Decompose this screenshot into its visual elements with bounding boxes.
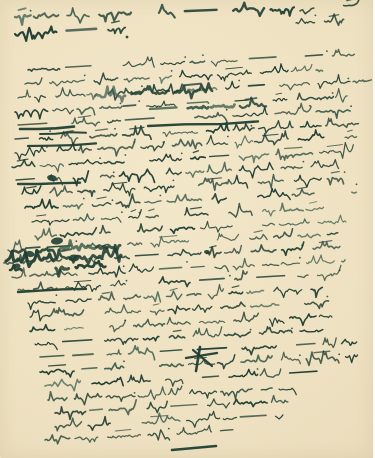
- handwriting-svg: [0, 0, 375, 458]
- manuscript-page: [0, 0, 375, 458]
